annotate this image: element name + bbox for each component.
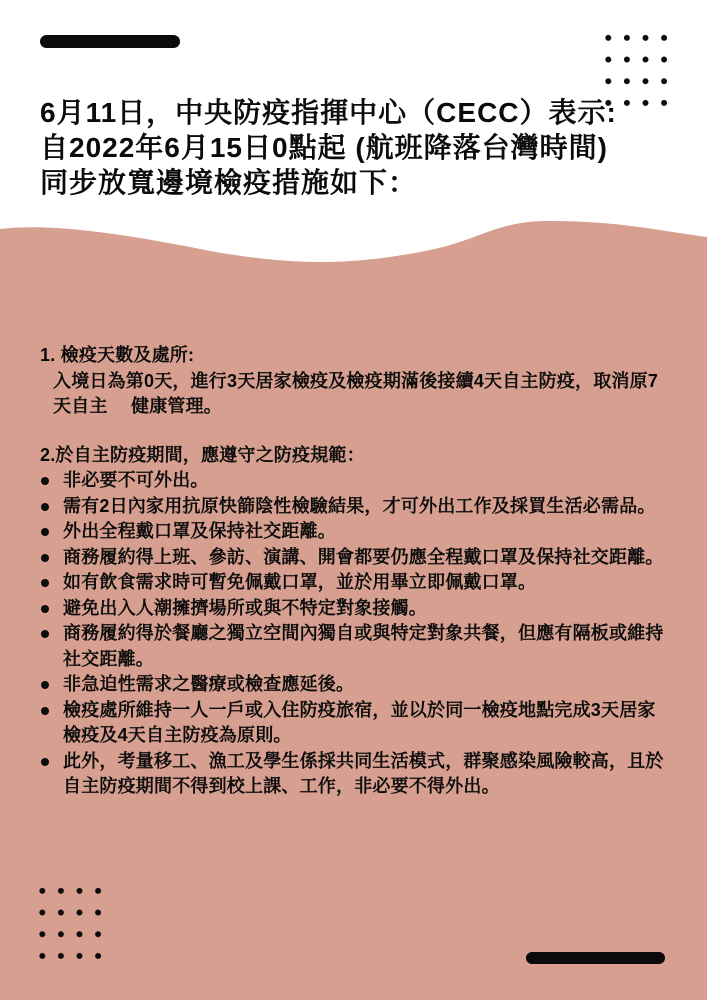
rule-text: 如有飲食需求時可暫免佩戴口罩，並於用畢立即佩戴口罩。 <box>63 570 670 596</box>
rule-text: 商務履約得上班、參訪、演講、開會都要仍應全程戴口罩及保持社交距離。 <box>63 545 670 571</box>
list-item: 非必要不可外出。 <box>40 468 670 494</box>
rule-text: 需有2日內家用抗原快篩陰性檢驗結果，才可外出工作及採買生活必需品。 <box>63 494 670 520</box>
list-item: 此外，考量移工、漁工及學生係採共同生活模式，群聚感染風險較高，且於自主防疫期間不… <box>40 749 670 800</box>
rule-text: 此外，考量移工、漁工及學生係採共同生活模式，群聚感染風險較高，且於自主防疫期間不… <box>63 749 670 800</box>
heading-line-3: 同步放寬邊境檢疫措施如下： <box>40 165 685 200</box>
section-self-prevention-rules: 2.於自主防疫期間，應遵守之防疫規範： 非必要不可外出。 需有2日內家用抗原快篩… <box>40 443 670 800</box>
list-item: 如有飲食需求時可暫免佩戴口罩，並於用畢立即佩戴口罩。 <box>40 570 670 596</box>
bullet-icon <box>41 503 49 511</box>
rules-list: 非必要不可外出。 需有2日內家用抗原快篩陰性檢驗結果，才可外出工作及採買生活必需… <box>40 468 670 800</box>
bullet-icon <box>41 528 49 536</box>
bullet-icon <box>41 605 49 613</box>
rule-text: 非急迫性需求之醫療或檢查應延後。 <box>63 672 670 698</box>
rule-text: 避免出入人潮擁擠場所或與不特定對象接觸。 <box>63 596 670 622</box>
announcement-heading: 6月11日，中央防疫指揮中心（CECC）表示: 自2022年6月15日0點起 (… <box>40 95 685 200</box>
section-2-heading: 2.於自主防疫期間，應遵守之防疫規範： <box>40 443 670 469</box>
bullet-icon <box>41 707 49 715</box>
bullet-icon <box>41 579 49 587</box>
bottom-right-bar-decoration <box>526 952 665 964</box>
top-left-bar-decoration <box>40 35 180 48</box>
list-item: 需有2日內家用抗原快篩陰性檢驗結果，才可外出工作及採買生活必需品。 <box>40 494 670 520</box>
measures-content: 1. 檢疫天數及處所: 入境日為第0天，進行3天居家檢疫及檢疫期滿後接續4天自主… <box>40 343 670 800</box>
bullet-icon <box>41 758 49 766</box>
poster-page: 6月11日，中央防疫指揮中心（CECC）表示: 自2022年6月15日0點起 (… <box>0 0 707 1000</box>
rule-text: 外出全程戴口罩及保持社交距離。 <box>63 519 670 545</box>
bullet-icon <box>41 630 49 638</box>
list-item: 外出全程戴口罩及保持社交距離。 <box>40 519 670 545</box>
rule-text: 商務履約得於餐廳之獨立空間內獨自或與特定對象共餐，但應有隔板或維持社交距離。 <box>63 621 670 672</box>
section-quarantine-days: 1. 檢疫天數及處所: 入境日為第0天，進行3天居家檢疫及檢疫期滿後接續4天自主… <box>40 343 670 420</box>
bottom-left-dot-grid-icon <box>33 880 108 967</box>
bullet-icon <box>41 554 49 562</box>
section-1-heading: 1. 檢疫天數及處所: <box>40 343 670 369</box>
bullet-icon <box>41 477 49 485</box>
list-item: 檢疫處所維持一人一戶或入住防疫旅宿，並以於同一檢疫地點完成3天居家檢疫及4天自主… <box>40 698 670 749</box>
list-item: 商務履約得於餐廳之獨立空間內獨自或與特定對象共餐，但應有隔板或維持社交距離。 <box>40 621 670 672</box>
section-1-body: 入境日為第0天，進行3天居家檢疫及檢疫期滿後接續4天自主防疫，取消原7天自主 健… <box>40 369 670 420</box>
rule-text: 非必要不可外出。 <box>63 468 670 494</box>
heading-line-1: 6月11日，中央防疫指揮中心（CECC）表示: <box>40 95 685 130</box>
heading-line-2: 自2022年6月15日0點起 (航班降落台灣時間) <box>40 130 685 165</box>
rule-text: 檢疫處所維持一人一戶或入住防疫旅宿，並以於同一檢疫地點完成3天居家檢疫及4天自主… <box>63 698 670 749</box>
bullet-icon <box>41 681 49 689</box>
list-item: 非急迫性需求之醫療或檢查應延後。 <box>40 672 670 698</box>
list-item: 避免出入人潮擁擠場所或與不特定對象接觸。 <box>40 596 670 622</box>
list-item: 商務履約得上班、參訪、演講、開會都要仍應全程戴口罩及保持社交距離。 <box>40 545 670 571</box>
